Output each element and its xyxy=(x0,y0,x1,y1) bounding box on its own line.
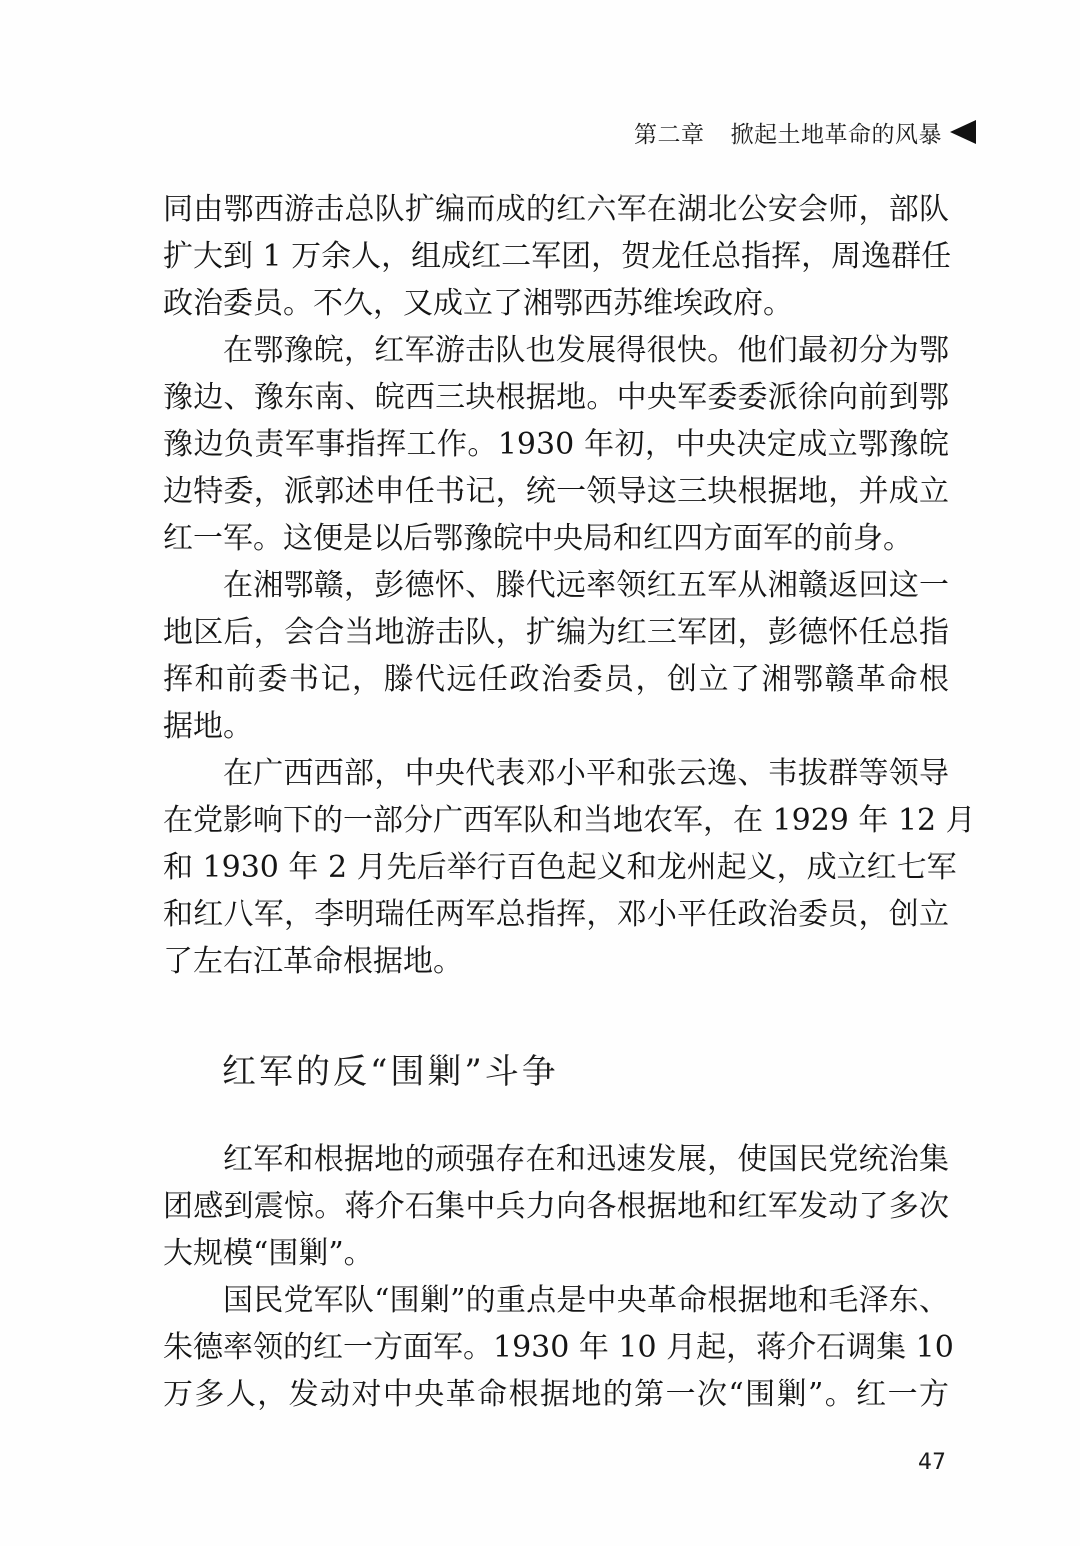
running-header: 第二章 掀起土地革命的风暴 xyxy=(634,112,976,152)
text-line: 万多人，发动对中央革命根据地的第一次“围剿”。红一方 xyxy=(163,1371,949,1418)
text-line: 地区后，会合当地游击队，扩编为红三军团，彭德怀任总指 xyxy=(163,609,949,656)
section-heading: 红军的反“围剿”斗争 xyxy=(222,1044,559,1093)
text-line: 朱德率领的红一方面军。1930 年 10 月起，蒋介石调集 10 xyxy=(163,1324,949,1371)
paragraph-start-line: 国民党军队“围剿”的重点是中央革命根据地和毛泽东、 xyxy=(163,1277,949,1324)
body-text-block-2: 红军和根据地的顽强存在和迅速发展，使国民党统治集 团感到震惊。蒋介石集中兵力向各… xyxy=(163,1136,949,1418)
text-line: 团感到震惊。蒋介石集中兵力向各根据地和红军发动了多次 xyxy=(163,1183,949,1230)
chapter-title: 掀起土地革命的风暴 xyxy=(731,116,943,149)
text-line: 同由鄂西游击总队扩编而成的红六军在湖北公安会师，部队 xyxy=(163,186,949,233)
text-line: 扩大到 1 万余人，组成红二军团，贺龙任总指挥，周逸群任 xyxy=(163,233,949,280)
body-text-block-1: 同由鄂西游击总队扩编而成的红六军在湖北公安会师，部队 扩大到 1 万余人，组成红… xyxy=(163,186,949,985)
text-line: 豫边负责军事指挥工作。1930 年初，中央决定成立鄂豫皖 xyxy=(163,421,949,468)
text-line: 在党影响下的一部分广西军队和当地农军，在 1929 年 12 月 xyxy=(163,797,949,844)
text-line: 政治委员。不久，又成立了湘鄂西苏维埃政府。 xyxy=(163,280,949,327)
text-line: 边特委，派郭述申任书记，统一领导这三块根据地，并成立 xyxy=(163,468,949,515)
text-line: 和红八军，李明瑞任两军总指挥，邓小平任政治委员，创立 xyxy=(163,891,949,938)
chapter-number: 第二章 xyxy=(634,116,705,149)
text-line: 了左右江革命根据地。 xyxy=(163,938,949,985)
text-line: 和 1930 年 2 月先后举行百色起义和龙州起义，成立红七军 xyxy=(163,844,949,891)
text-line: 挥和前委书记，滕代远任政治委员，创立了湘鄂赣革命根 xyxy=(163,656,949,703)
paragraph-start-line: 在广西西部，中央代表邓小平和张云逸、韦拔群等领导 xyxy=(163,750,949,797)
text-line: 豫边、豫东南、皖西三块根据地。中央军委委派徐向前到鄂 xyxy=(163,374,949,421)
text-line: 大规模“围剿”。 xyxy=(163,1230,949,1277)
left-triangle-icon xyxy=(950,120,976,144)
text-line: 红一军。这便是以后鄂豫皖中央局和红四方面军的前身。 xyxy=(163,515,949,562)
paragraph-start-line: 在鄂豫皖，红军游击队也发展得很快。他们最初分为鄂 xyxy=(163,327,949,374)
text-line: 据地。 xyxy=(163,703,949,750)
paragraph-start-line: 在湘鄂赣，彭德怀、滕代远率领红五军从湘赣返回这一 xyxy=(163,562,949,609)
paragraph-start-line: 红军和根据地的顽强存在和迅速发展，使国民党统治集 xyxy=(163,1136,949,1183)
book-page: 第二章 掀起土地革命的风暴 同由鄂西游击总队扩编而成的红六军在湖北公安会师，部队… xyxy=(0,0,1080,1546)
page-number: 47 xyxy=(918,1450,946,1475)
